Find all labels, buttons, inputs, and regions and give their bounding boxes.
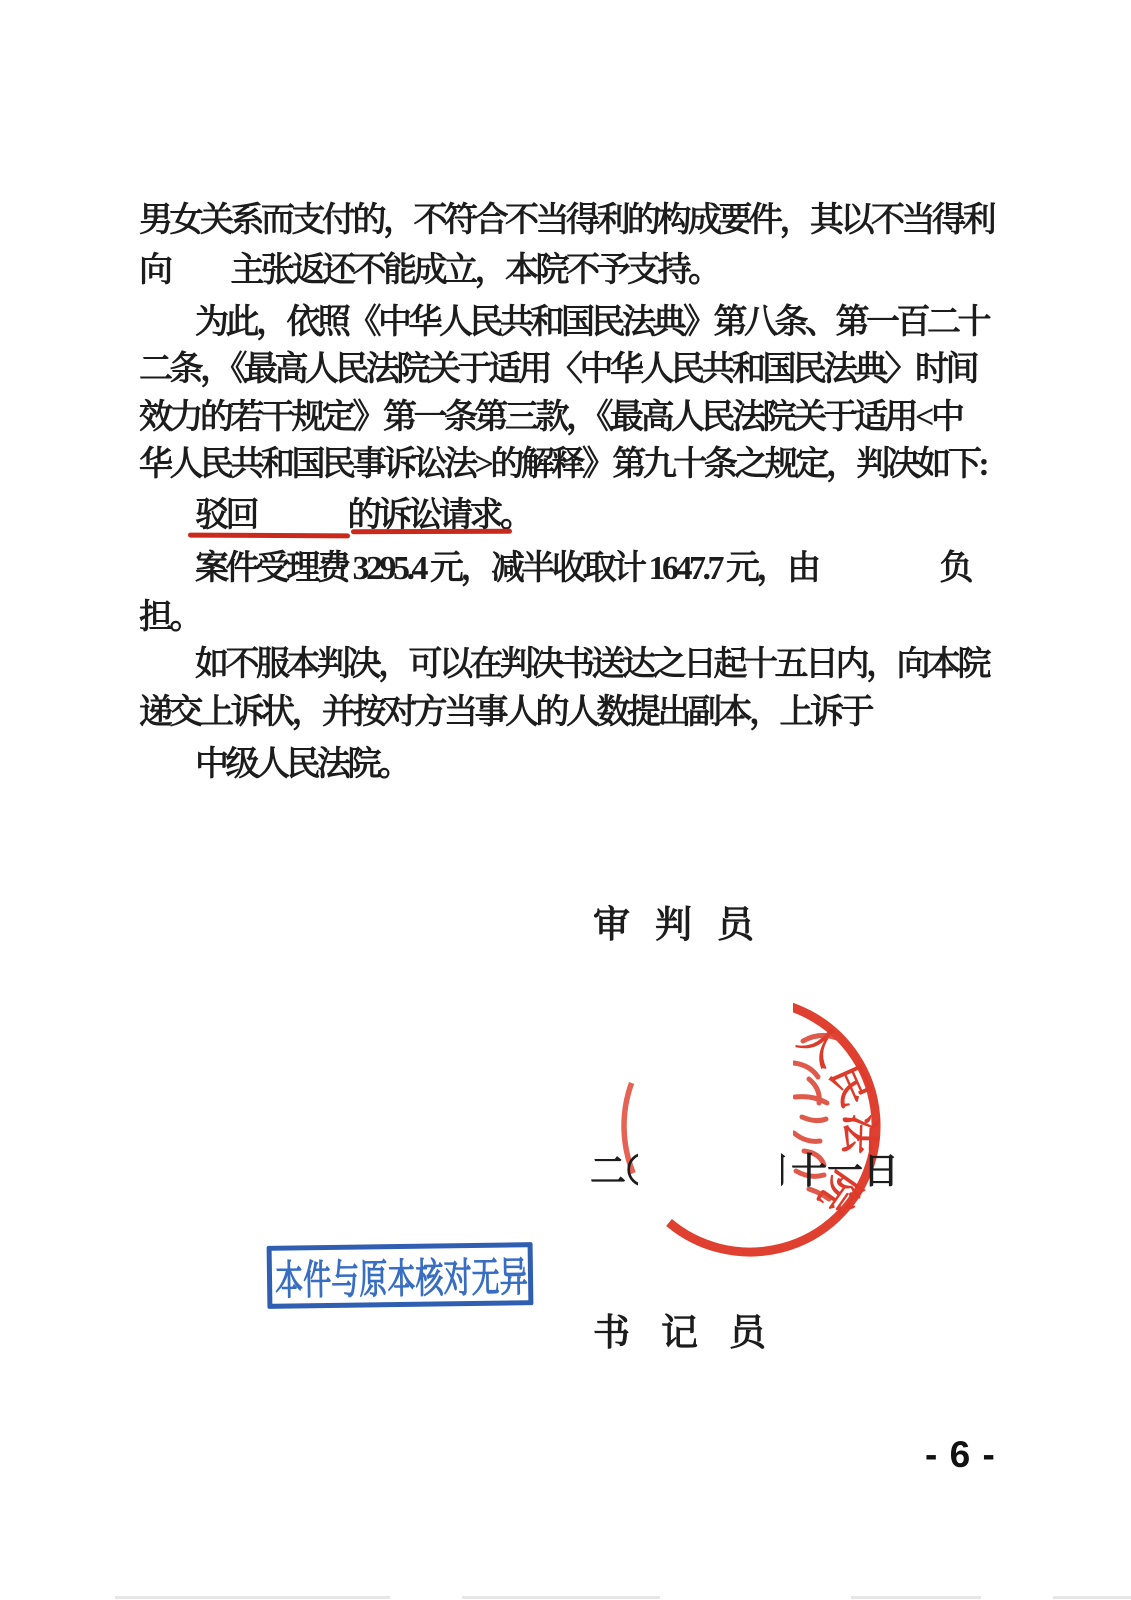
body-text-line-court-fee: 案件受理费 3295.4 元，减半收取计 1647.7 元，由 负 — [195, 549, 970, 589]
judgment-document-page: 男女关系而支付的，不符合不当得利的构成要件，其以不当得利 向 主张返还不能成立，… — [0, 0, 1131, 1600]
seal-redaction-block — [635, 981, 793, 1147]
body-text-line: 担。 — [139, 598, 200, 638]
red-underline-segment — [351, 529, 512, 535]
court-seal-stamp: 人 民 法 院 — [595, 975, 895, 1275]
body-text-line: 如不服本判决，可以在判决书送达之日起十五日内，向本院 — [195, 645, 988, 685]
body-text-line: 递交上诉状，并按对方当事人的人数提出副本，上诉于 — [139, 693, 871, 733]
page-number: - 6 - — [925, 1434, 996, 1476]
verification-stamp-text: 本件与原本核对无异 — [275, 1244, 529, 1306]
clerk-label: 书记员 — [593, 1302, 797, 1356]
judge-label: 审判员 — [593, 894, 779, 948]
verification-stamp: 本件与原本核对无异 — [267, 1242, 534, 1309]
date-fragment-right: 月十一日 — [781, 1143, 901, 1189]
scan-artifact — [851, 1596, 981, 1599]
date-fragment-left: 二〇 — [590, 1143, 638, 1189]
scan-artifact — [462, 1596, 660, 1599]
body-text-line: 男女关系而支付的，不符合不当得利的构成要件，其以不当得利 — [139, 201, 993, 241]
scan-artifact — [1053, 1596, 1131, 1599]
body-text-line: 效力的若干规定》第一条第三款，《最高人民法院关于适用<中 — [139, 398, 961, 438]
scan-artifact — [115, 1596, 390, 1599]
body-text-line: 向 主张返还不能成立，本院不予支持。 — [139, 251, 719, 291]
body-text-line: 为此，依照《中华人民共和国民法典》第八条、第一百二十 — [195, 303, 988, 343]
body-text-line: 二条，《最高人民法院关于适用〈中华人民共和国民法典〉时间 — [139, 350, 976, 390]
body-text-line: 中级人民法院。 — [195, 745, 409, 785]
red-underline-segment — [188, 533, 350, 539]
body-text-line: 华人民共和国民事诉讼法>的解释》第九十条之规定，判决如下: — [139, 445, 986, 485]
